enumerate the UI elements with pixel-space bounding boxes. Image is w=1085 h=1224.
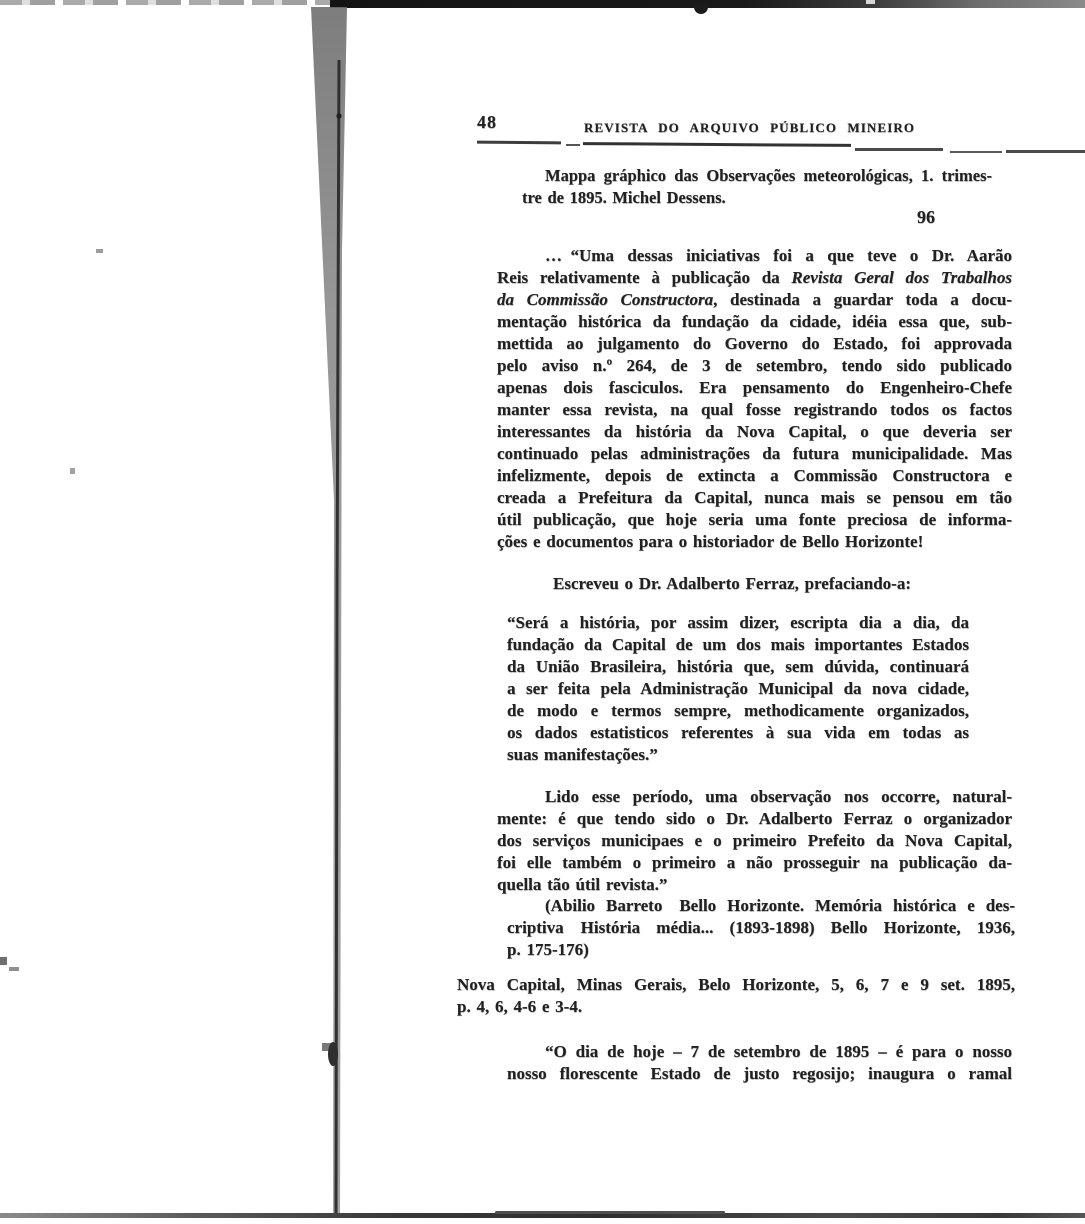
text-line: da Commissão Constructora, destinada a g…	[497, 289, 1012, 311]
header-rule-segment	[1006, 150, 1085, 153]
header-rule-segment	[583, 142, 851, 147]
text-line: mettida ao julgamento do Governo do Esta…	[497, 333, 1012, 355]
scan-top-edge-gap	[866, 0, 875, 4]
blockquote-paragraph: “Será a história, por assim dizer, escri…	[507, 612, 969, 766]
text-line: mentação histórica da fundação da cidade…	[497, 311, 1012, 333]
text-line: ções e documentos para o historiador de …	[497, 531, 1012, 553]
header-rule-segment	[566, 144, 580, 146]
text-line: “O dia de hoje – 7 de setembro de 1895 –…	[507, 1041, 1012, 1063]
text-line: apenas dois fasciculos. Era pensamento d…	[497, 377, 1012, 399]
scan-speck	[96, 249, 103, 253]
excerpt-paragraph: … “Uma dessas iniciativas foi a que teve…	[497, 245, 1012, 553]
text-line: infelizmente, depois de extincta a Commi…	[497, 465, 1012, 487]
text-line: Reis relativamente à publicação da Revis…	[497, 267, 1012, 289]
bibliography-entry: Nova Capital, Minas Gerais, Belo Horizon…	[457, 974, 1015, 1018]
text-line: criptiva História média... (1893-1898) B…	[507, 917, 1015, 939]
text-line: da União Brasileira, história que, sem d…	[507, 656, 969, 678]
text-line: pelo aviso n.º 264, de 3 de setembro, te…	[497, 355, 1012, 377]
text-line: Nova Capital, Minas Gerais, Belo Horizon…	[457, 974, 1015, 996]
text-line: continuado pelas administrações da futur…	[497, 443, 1012, 465]
preface-intro: Escreveu o Dr. Adalberto Ferraz, prefaci…	[497, 573, 1012, 595]
scan-speck	[0, 957, 7, 965]
text-line: dos serviços municipaes e o primeiro Pre…	[497, 830, 1012, 852]
text-line: “Será a história, por assim dizer, escri…	[507, 612, 969, 634]
text-line: … “Uma dessas iniciativas foi a que teve…	[497, 245, 1012, 267]
text-line: tre de 1895. Michel Dessens.	[522, 187, 992, 209]
text-line: nosso florescente Estado de justo regosi…	[507, 1063, 1012, 1085]
text-line: (Abilio Barreto Bello Horizonte. Memória…	[507, 895, 1015, 917]
text-line: fundação da Capital de um dos mais impor…	[507, 634, 969, 656]
scan-bottom-edge-band-dark	[495, 1211, 725, 1214]
text-line: de modo e termos sempre, methodicamente …	[507, 700, 969, 722]
page-number: 48	[477, 112, 497, 133]
scan-top-edge-left	[0, 0, 336, 5]
text-line: a ser feita pela Administração Municipal…	[507, 678, 969, 700]
text-line: útil publicação, que hoje seria uma font…	[497, 509, 1012, 531]
text-line: quella tão útil revista.”	[497, 874, 1012, 896]
entry-heading: Mappa gráphico das Observações meteoroló…	[522, 165, 992, 209]
source-citation: (Abilio Barreto Bello Horizonte. Memória…	[507, 895, 1015, 961]
header-rule-segment	[855, 148, 943, 151]
text-line: Escreveu o Dr. Adalberto Ferraz, prefaci…	[497, 573, 1012, 595]
text-line: p. 4, 6, 4-6 e 3-4.	[457, 996, 1015, 1018]
text-line: foi elle também o primeiro a não prosseg…	[497, 852, 1012, 874]
header-rule-segment	[950, 151, 1002, 153]
excerpt-paragraph-2: “O dia de hoje – 7 de setembro de 1895 –…	[507, 1041, 1012, 1085]
scan-speck	[70, 468, 75, 474]
text-line: os dados estatisticos referentes à sua v…	[507, 722, 969, 744]
scan-top-edge-notch	[694, 5, 708, 14]
entry-number: 96	[855, 207, 935, 228]
text-line: interessantes da história da Nova Capita…	[497, 421, 1012, 443]
text-line: p. 175-176)	[507, 939, 1015, 961]
scanned-book-page: 48 REVISTA DO ARQUIVO PÚBLICO MINEIRO Ma…	[0, 0, 1085, 1224]
text-line: Lido esse período, uma observação nos oc…	[497, 786, 1012, 808]
scan-speck	[9, 967, 19, 971]
text-line: creada a Prefeitura da Capital, nunca ma…	[497, 487, 1012, 509]
commentary-paragraph: Lido esse período, uma observação nos oc…	[497, 786, 1012, 896]
text-line: mente: é que tendo sido o Dr. Adalberto …	[497, 808, 1012, 830]
text-line: manter essa revista, na qual fosse regis…	[497, 399, 1012, 421]
text-line: suas manifestações.”	[507, 744, 969, 766]
text-line: Mappa gráphico das Observações meteoroló…	[522, 165, 992, 187]
header-title: REVISTA DO ARQUIVO PÚBLICO MINEIRO	[584, 120, 915, 136]
header-rule-segment	[477, 141, 561, 144]
